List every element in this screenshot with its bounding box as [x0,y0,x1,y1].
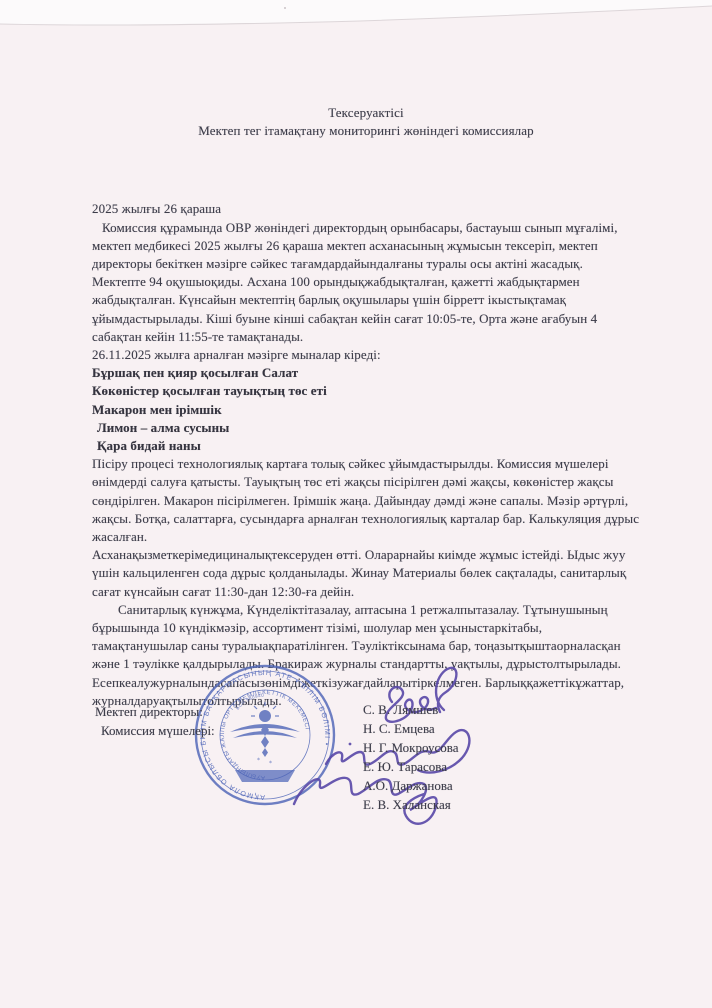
paragraph-staff: Асханақызметкерімедициналықтексеруден өт… [92,546,640,601]
svg-text:*: * [257,757,260,764]
signer-name: Н. С. Емцева [363,719,459,738]
paragraph-sanitary: Санитарлық күнжұма, Күнделіктітазалау, а… [92,601,640,674]
director-label: Мектеп директоры: [95,702,215,721]
paragraph-commission: Комиссия құрамында ОВР жөніндегі директо… [92,219,640,346]
scan-edge-artifact [0,0,712,34]
commission-label: Комиссия мүшелері: [95,721,215,740]
paragraph-menu-intro: 26.11.2025 жылға арналған мәзірге мынала… [92,346,640,364]
signer-name: Е. Ю. Тарасова [363,757,459,776]
signer-name: Е. В. Халанская [363,795,459,814]
document-body: Тексеруактісі Мектеп тег ітамақтану мони… [92,104,640,710]
title-line-2: Мектеп тег ітамақтану мониторингі жөнінд… [92,122,640,140]
signer-name: А.О. Даржанова [363,776,459,795]
signer-name: С. В. Лямшев [363,700,459,719]
signer-name: Н. Г. Мокроусова [363,738,459,757]
paragraph-cooking: Пісіру процесі технологиялық картаға тол… [92,455,640,546]
title-gap [92,144,640,200]
signature-names: С. В. Лямшев Н. С. Емцева Н. Г. Мокроусо… [363,700,459,814]
title-line-1: Тексеруактісі [92,104,640,122]
menu-item-bread: Қара бидай наны [92,437,640,455]
signature-labels: Мектеп директоры: Комиссия мүшелері: [95,702,215,740]
menu-item-drink: Лимон – алма сусыны [92,419,640,437]
svg-text:*: * [269,760,272,767]
menu-item-salad: Бұршақ пен қияр қосылған Салат [92,364,640,382]
menu-item-macaroni: Макарон мен ірімшік [92,401,640,419]
document-title: Тексеруактісі Мектеп тег ітамақтану мони… [92,104,640,140]
scanned-document-page: Тексеруактісі Мектеп тег ітамақтану мони… [0,0,712,1008]
stamp-emblem: * * [230,702,300,782]
menu-item-chicken: Көкөністер қосылған тауықтың төс еті [92,382,640,400]
date-line: 2025 жылғы 26 қараша [92,200,640,218]
